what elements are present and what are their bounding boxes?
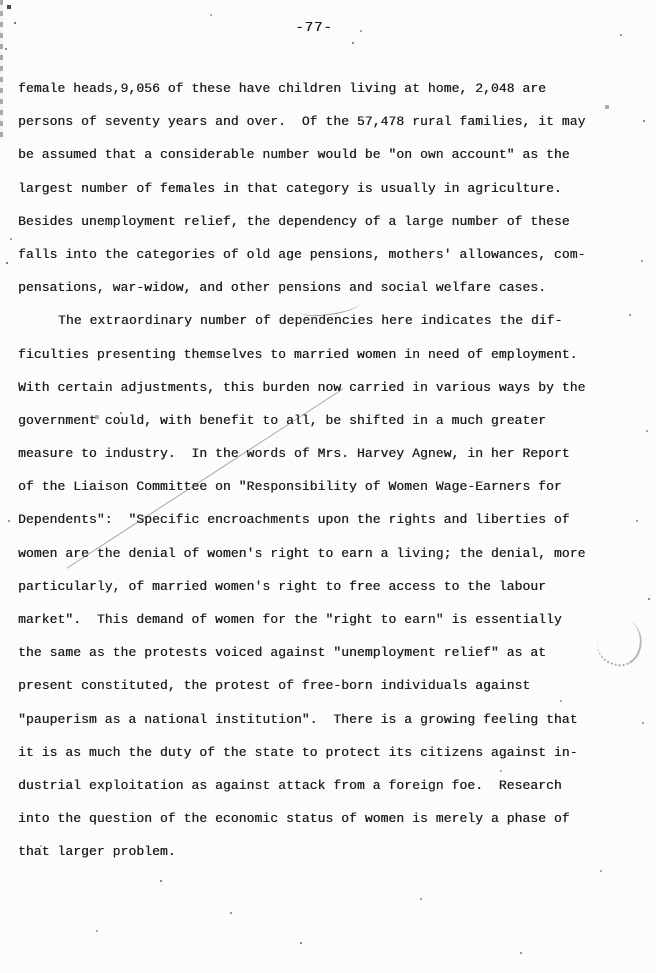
page-number: -77- [0,20,642,36]
text-line: particularly, of married women's right t… [18,570,630,603]
text-line: the same as the protests voiced against … [18,636,630,669]
text-line: falls into the categories of old age pen… [18,238,630,271]
text-line: government could, with benefit to all, b… [18,404,630,437]
text-line: women are the denial of women's right to… [18,537,630,570]
text-line: female heads,9,056 of these have childre… [18,72,630,105]
text-line: largest number of females in that catego… [18,172,630,205]
text-line: pensations, war-widow, and other pension… [18,271,630,304]
text-line: into the question of the economic status… [18,802,630,835]
scanned-document-page: -77- female heads,9,056 of these have ch… [0,0,656,973]
paragraph-1: female heads,9,056 of these have childre… [18,72,630,304]
text-line: market". This demand of women for the "r… [18,603,630,636]
text-line: measure to industry. In the words of Mrs… [18,437,630,470]
text-line: Besides unemployment relief, the depende… [18,205,630,238]
text-line: ficulties presenting themselves to marri… [18,338,630,371]
text-line: dustrial exploitation as against attack … [18,769,630,802]
text-line: With certain adjustments, this burden no… [18,371,630,404]
scan-edge-artifact [0,0,3,140]
text-line: that larger problem. [18,835,630,868]
text-line: it is as much the duty of the state to p… [18,736,630,769]
document-body: female heads,9,056 of these have childre… [18,72,630,869]
text-line: be assumed that a considerable number wo… [18,138,630,171]
scan-noise-specks [0,0,2,2]
paragraph-2: The extraordinary number of dependencies… [18,304,630,868]
text-line: present constituted, the protest of free… [18,669,630,702]
text-line: "pauperism as a national institution". T… [18,703,630,736]
text-line: persons of seventy years and over. Of th… [18,105,630,138]
text-line: of the Liaison Committee on "Responsibil… [18,470,630,503]
text-line: Dependents": "Specific encroachments upo… [18,503,630,536]
